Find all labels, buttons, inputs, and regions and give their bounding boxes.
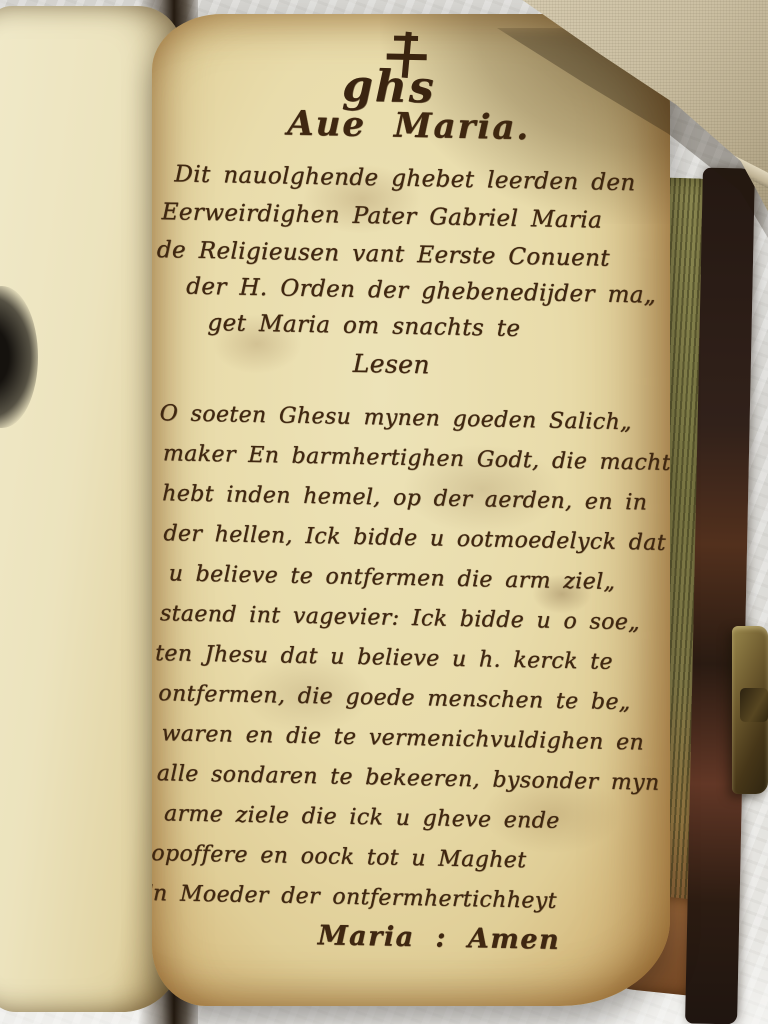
prayer-line: O soeten Ghesu mynen goeden Salich„ — [160, 401, 633, 435]
prayer-line: staend int vagevier: Ick bidde u o soe„ — [160, 601, 641, 635]
prayer-line: u believe te ontfermen die arm ziel„ — [168, 561, 615, 595]
prayer-line: ontfermen, die goede menschen te be„ — [158, 681, 631, 715]
intro-line: der H. Orden der ghebenedijder ma„ — [186, 274, 656, 309]
prayer-line: maker En barmhertighen Godt, die macht — [163, 441, 670, 476]
intro-line: de Religieusen vant Eerste Conuent — [157, 237, 611, 272]
prayer-line: ten Jhesu dat u believe u h. kerck te — [155, 641, 613, 675]
closing-line: Maria : Amen — [318, 920, 561, 956]
intro-line: Lesen — [353, 349, 431, 379]
intro-line: get Maria om snachts te — [207, 310, 520, 342]
manuscript-photo: ghs Aue Maria. Dit nauolghende ghebet le… — [0, 0, 768, 1024]
prayer-line: opoffere en oock tot u Maghet — [152, 841, 527, 873]
prayer-line: hebt inden hemel, op der aerden, en in — [162, 481, 647, 515]
manuscript-page: ghs Aue Maria. Dit nauolghende ghebet le… — [152, 14, 670, 1006]
prayer-line: arme ziele die ick u gheve ende — [164, 801, 560, 834]
prayer-line: En Moeder der ontfermhertichheyt — [152, 881, 557, 914]
brass-clasp-notch — [740, 688, 768, 722]
prayer-line: waren en die te vermenichvuldighen en — [161, 721, 644, 755]
prayer-line: alle sondaren te bekeeren, bysonder myn — [157, 761, 660, 796]
prayer-line: der hellen, Ick bidde u ootmoedelyck dat — [163, 521, 666, 556]
